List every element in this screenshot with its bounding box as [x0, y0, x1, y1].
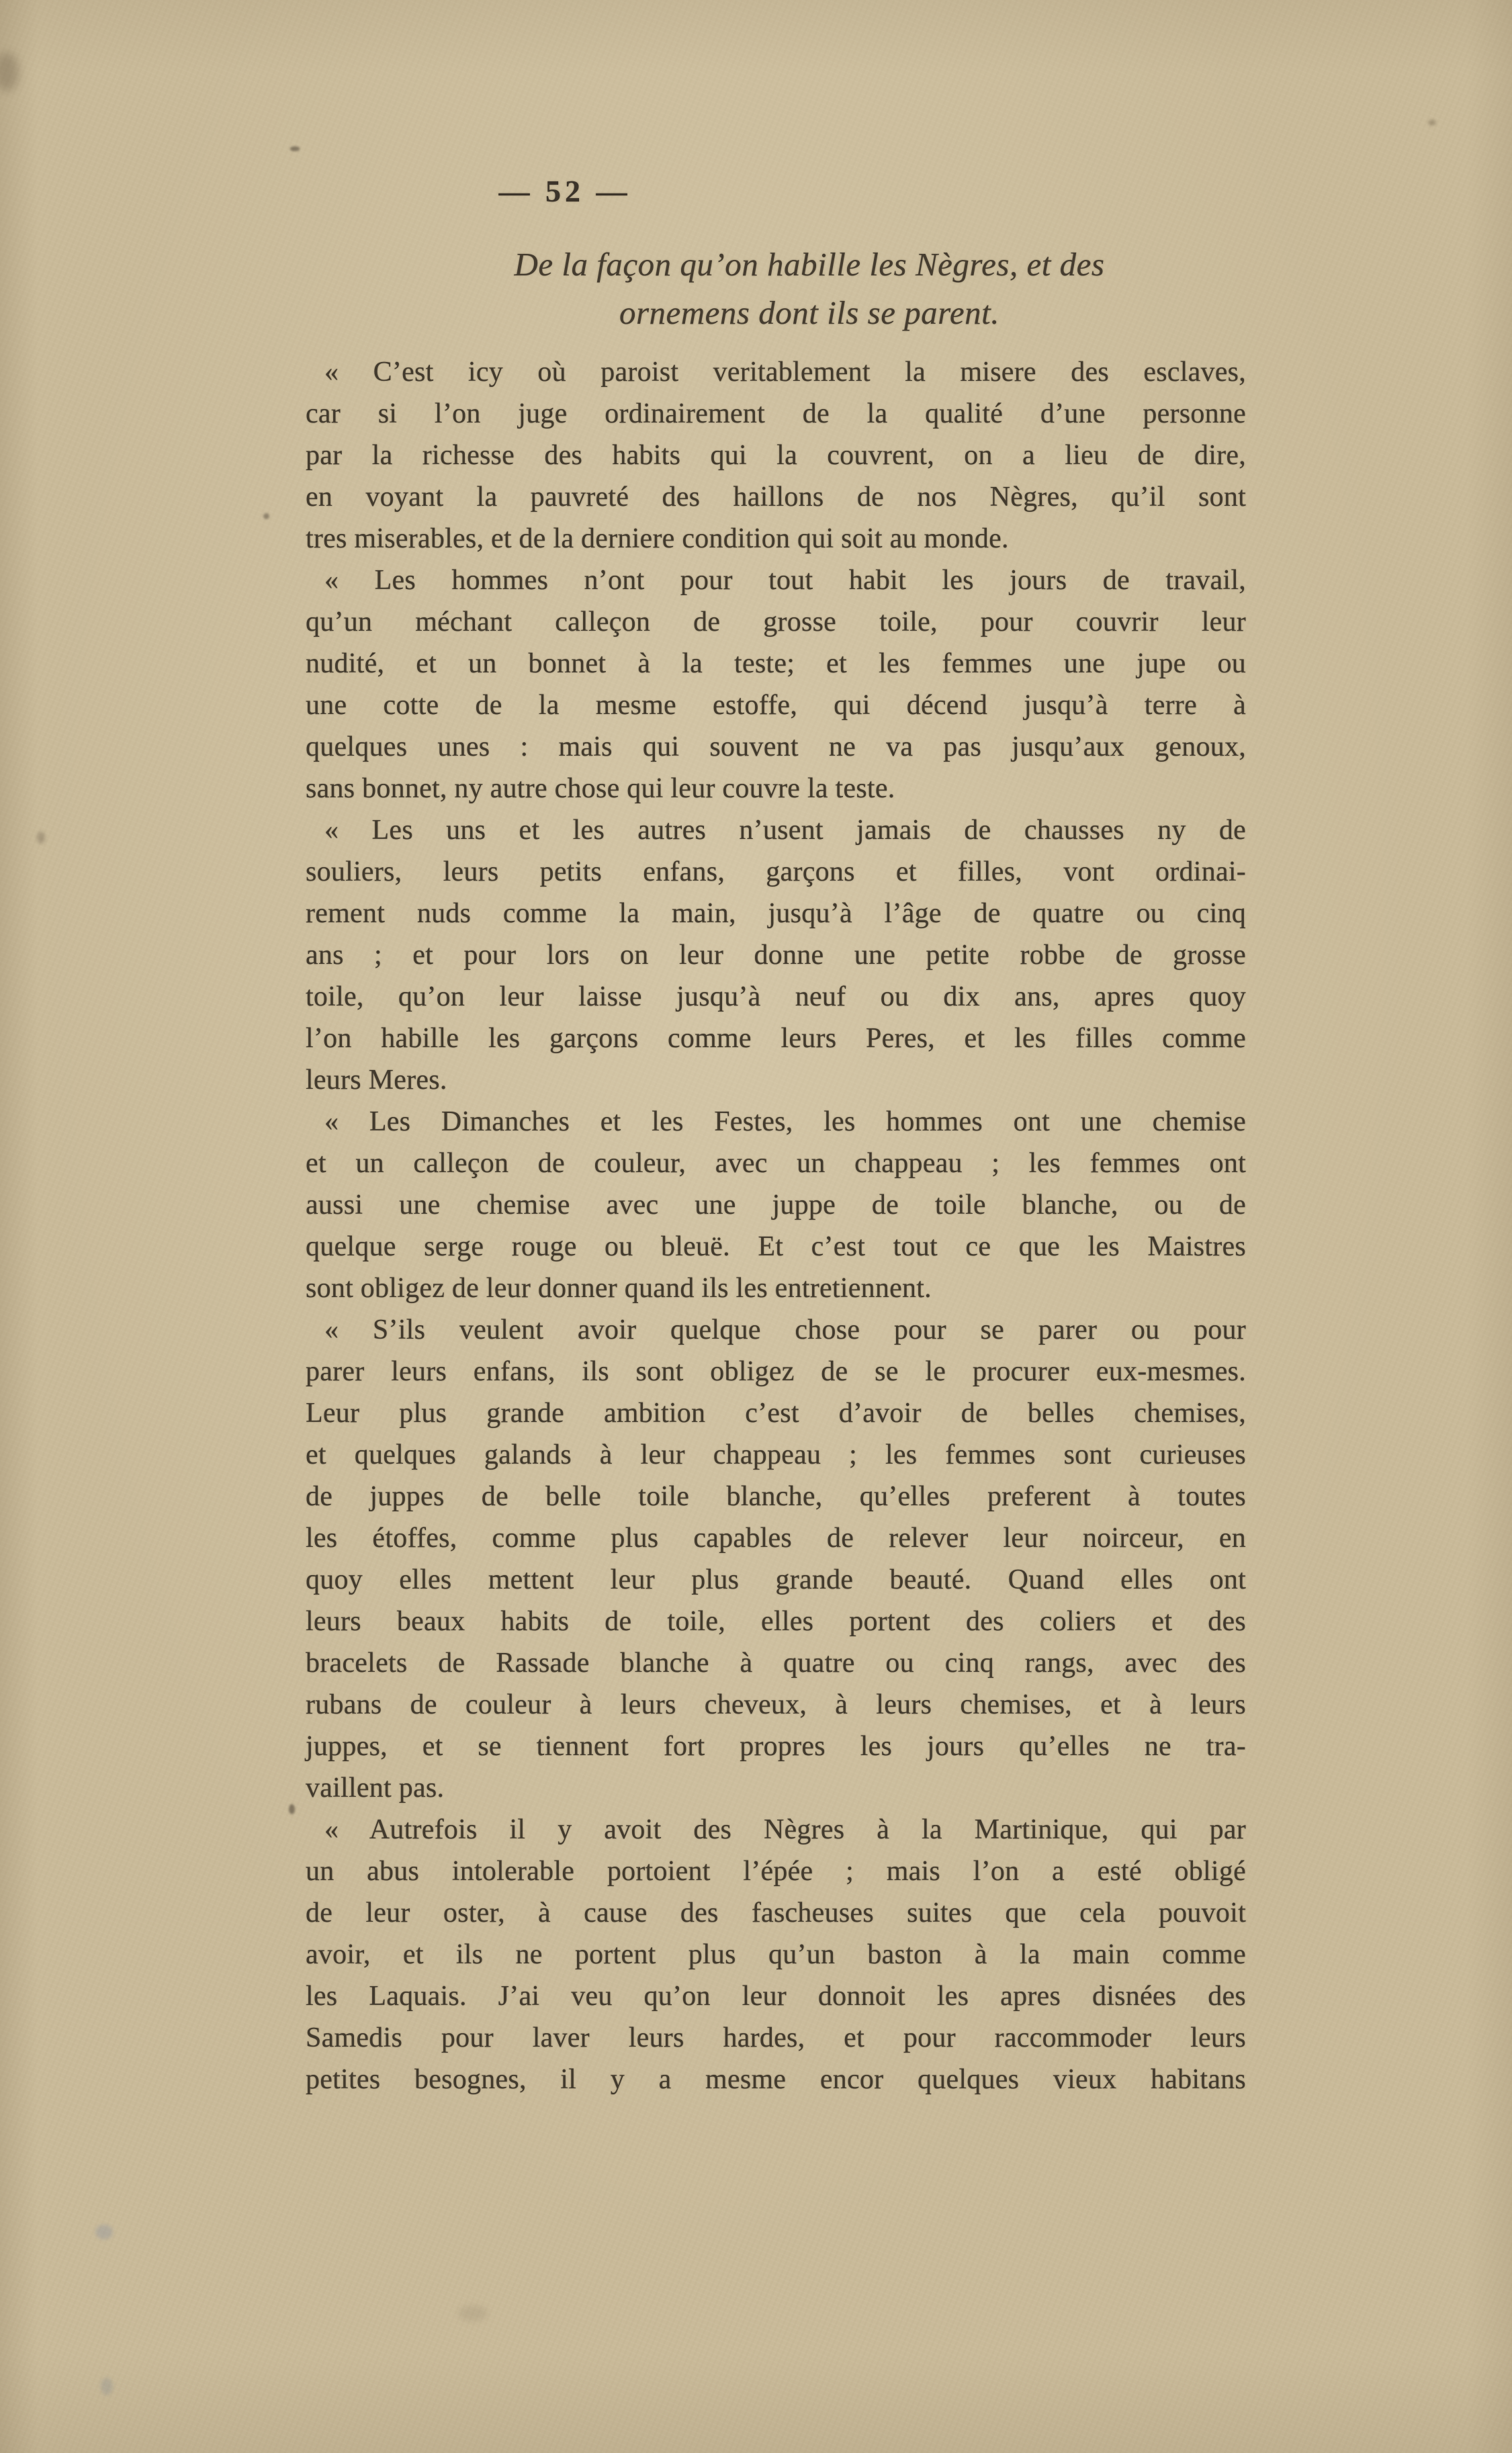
text-line: « C’est icy où paroist veritablement la …	[306, 351, 1246, 393]
text-line: « Les Dimanches et les Festes, les homme…	[306, 1101, 1246, 1143]
text-line: rubans de couleur à leurs cheveux, à leu…	[306, 1684, 1246, 1726]
chapter-title-line: ornemens dont ils se parent.	[339, 289, 1280, 337]
text-line: leurs beaux habits de toile, elles porte…	[306, 1601, 1246, 1642]
text-line: toile, qu’on leur laisse jusqu’à neuf ou…	[306, 976, 1246, 1018]
text-line: « Autrefois il y avoit des Nègres à la M…	[306, 1809, 1246, 1850]
text-line: nudité, et un bonnet à la teste; et les …	[306, 643, 1246, 684]
text-line: qu’un méchant calleçon de grosse toile, …	[306, 601, 1246, 643]
paper-stain	[290, 146, 300, 151]
text-line: quoy elles mettent leur plus grande beau…	[306, 1559, 1246, 1601]
scanned-book-page: — 52 — De la façon qu’on habille les Nèg…	[0, 0, 1512, 2453]
text-line: sont obligez de leur donner quand ils le…	[306, 1267, 1246, 1309]
text-line: quelques unes : mais qui souvent ne va p…	[306, 726, 1246, 768]
text-line: bracelets de Rassade blanche à quatre ou…	[306, 1642, 1246, 1684]
paper-stain	[263, 513, 269, 519]
paper-stain	[95, 2225, 113, 2239]
chapter-title-line: De la façon qu’on habille les Nègres, et…	[339, 240, 1280, 289]
text-line: Samedis pour laver leurs hardes, et pour…	[306, 2017, 1246, 2059]
text-line: vaillent pas.	[306, 1767, 1246, 1809]
text-line: et un calleçon de couleur, avec un chapp…	[306, 1143, 1246, 1184]
text-line: car si l’on juge ordinairement de la qua…	[306, 393, 1246, 435]
text-line: « Les hommes n’ont pour tout habit les j…	[306, 560, 1246, 601]
text-line: par la richesse des habits qui la couvre…	[306, 435, 1246, 476]
text-line: parer leurs enfans, ils sont obligez de …	[306, 1351, 1246, 1392]
paper-stain	[458, 2305, 488, 2321]
chapter-title: De la façon qu’on habille les Nègres, et…	[339, 240, 1280, 337]
text-line: sans bonnet, ny autre chose qui leur cou…	[306, 768, 1246, 809]
paper-stain	[1428, 120, 1436, 126]
text-line: les étoffes, comme plus capables de rele…	[306, 1517, 1246, 1559]
paper-stain	[289, 1804, 295, 1814]
text-line: en voyant la pauvreté des haillons de no…	[306, 476, 1246, 518]
text-line: ans ; et pour lors on leur donne une pet…	[306, 934, 1246, 976]
paper-stain	[101, 2378, 113, 2395]
text-line: de leur oster, à cause des fascheuses su…	[306, 1892, 1246, 1934]
paper-stain	[37, 832, 45, 844]
text-line: leurs Meres.	[306, 1059, 1246, 1101]
text-line: avoir, et ils ne portent plus qu’un bast…	[306, 1934, 1246, 1975]
text-line: « Les uns et les autres n’usent jamais d…	[306, 809, 1246, 851]
text-line: les Laquais. J’ai veu qu’on leur donnoit…	[306, 1975, 1246, 2017]
text-line: tres miserables, et de la derniere condi…	[306, 518, 1246, 560]
text-line: petites besognes, il y a mesme encor que…	[306, 2059, 1246, 2100]
page-body: « C’est icy où paroist veritablement la …	[306, 351, 1246, 2100]
text-line: Leur plus grande ambition c’est d’avoir …	[306, 1392, 1246, 1434]
text-line: souliers, leurs petits enfans, garçons e…	[306, 851, 1246, 893]
text-line: de juppes de belle toile blanche, qu’ell…	[306, 1476, 1246, 1517]
text-line: et quelques galands à leur chappeau ; le…	[306, 1434, 1246, 1476]
text-line: rement nuds comme la main, jusqu’à l’âge…	[306, 893, 1246, 934]
paper-stain	[0, 52, 19, 91]
text-line: l’on habille les garçons comme leurs Per…	[306, 1018, 1246, 1059]
text-line: « S’ils veulent avoir quelque chose pour…	[306, 1309, 1246, 1351]
text-line: juppes, et se tiennent fort propres les …	[306, 1726, 1246, 1767]
page-number: — 52 —	[499, 173, 631, 209]
text-line: quelque serge rouge ou bleuë. Et c’est t…	[306, 1226, 1246, 1267]
text-line: une cotte de la mesme estoffe, qui décen…	[306, 684, 1246, 726]
text-line: aussi une chemise avec une juppe de toil…	[306, 1184, 1246, 1226]
text-line: un abus intolerable portoient l’épée ; m…	[306, 1850, 1246, 1892]
